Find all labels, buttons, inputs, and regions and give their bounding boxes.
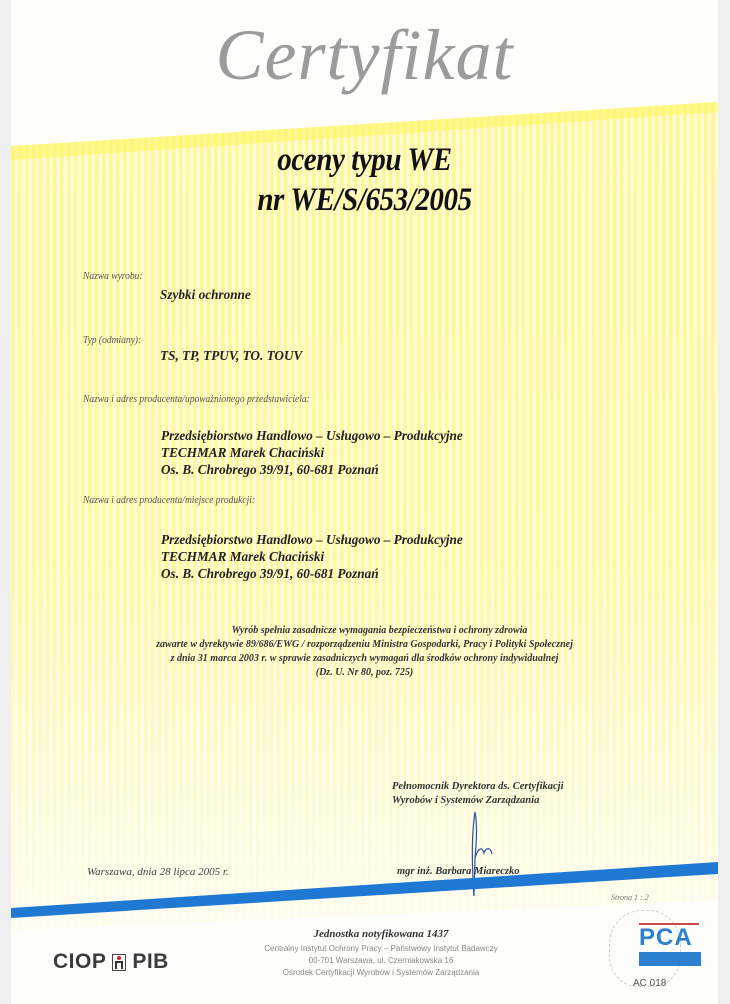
production-label: Nazwa i adres producenta/miejsce produkc… <box>83 495 255 506</box>
product-name-label: Nazwa wyrobu: <box>83 271 143 282</box>
type-label: Typ (odmiany): <box>83 335 141 346</box>
certificate-title: Certyfikat <box>11 14 718 97</box>
signer-name: mgr inż. Barbara Miareczko <box>397 866 520 877</box>
pca-caption-bar <box>639 952 701 966</box>
notified-body-block: Jednostka notyfikowana 1437 Centralny In… <box>231 928 531 979</box>
production-line: TECHMAR Marek Chaciński <box>161 548 463 565</box>
manufacturer-label: Nazwa i adres producenta/upoważnionego p… <box>83 394 310 405</box>
compliance-line: z dnia 31 marca 2003 r. w sprawie zasadn… <box>11 652 718 666</box>
place-and-date: Warszawa, dnia 28 lipca 2005 r. <box>87 866 229 878</box>
compliance-statement: Wyrób spełnia zasadnicze wymagania bezpi… <box>11 624 718 680</box>
certificate-number: nr WE/S/653/2005 <box>53 182 675 219</box>
ciop-emblem-icon <box>112 954 126 971</box>
certificate-page: Certyfikat oceny typu WE nr WE/S/653/200… <box>11 0 718 1004</box>
manufacturer-address: Przedsiębiorstwo Handlowo – Usługowo – P… <box>161 427 463 478</box>
signer-title-line: Wyrobów i Systemów Zarządzania <box>392 794 563 808</box>
production-line: Przedsiębiorstwo Handlowo – Usługowo – P… <box>161 531 463 548</box>
pib-logo-text: PIB <box>132 950 169 974</box>
signer-title-line: Pełnomocnik Dyrektora ds. Certyfikacji <box>392 780 563 794</box>
accreditation-code: AC 018 <box>633 978 666 989</box>
page-number: Strona 1 : 2 <box>611 893 649 902</box>
pca-logo-text: PCA <box>639 924 693 952</box>
footer-line: Centralny Instytut Ochrony Pracy – Państ… <box>231 943 531 955</box>
production-address: Przedsiębiorstwo Handlowo – Usługowo – P… <box>161 531 463 582</box>
compliance-line: Wyrób spełnia zasadnicze wymagania bezpi… <box>41 624 718 638</box>
ciop-logo-text: CIOP <box>53 950 106 974</box>
manufacturer-line: Os. B. Chrobrego 39/91, 60-681 Poznań <box>161 461 463 478</box>
manufacturer-line: Przedsiębiorstwo Handlowo – Usługowo – P… <box>161 427 463 444</box>
signer-title: Pełnomocnik Dyrektora ds. Certyfikacji W… <box>392 780 563 808</box>
ciop-pib-logo: CIOP PIB <box>53 950 169 974</box>
type-value: TS, TP, TPUV, TO. TOUV <box>160 347 302 364</box>
certificate-subtitle: oceny typu WE <box>53 142 675 179</box>
compliance-line: (Dz. U. Nr 80, poz. 725) <box>11 666 718 680</box>
footer-line: 00-701 Warszawa, ul. Czerniakowska 16 <box>231 955 531 967</box>
manufacturer-line: TECHMAR Marek Chaciński <box>161 444 463 461</box>
compliance-line: zawarte w dyrektywie 89/686/EWG / rozpor… <box>11 638 718 652</box>
product-name-value: Szybki ochronne <box>160 286 251 303</box>
footer-line: Ośrodek Certyfikacji Wyrobów i Systemów … <box>231 967 531 979</box>
pca-accreditation-logo: PCA AC 018 <box>609 910 714 1000</box>
notified-body-heading: Jednostka notyfikowana 1437 <box>231 928 531 940</box>
production-line: Os. B. Chrobrego 39/91, 60-681 Poznań <box>161 565 463 582</box>
